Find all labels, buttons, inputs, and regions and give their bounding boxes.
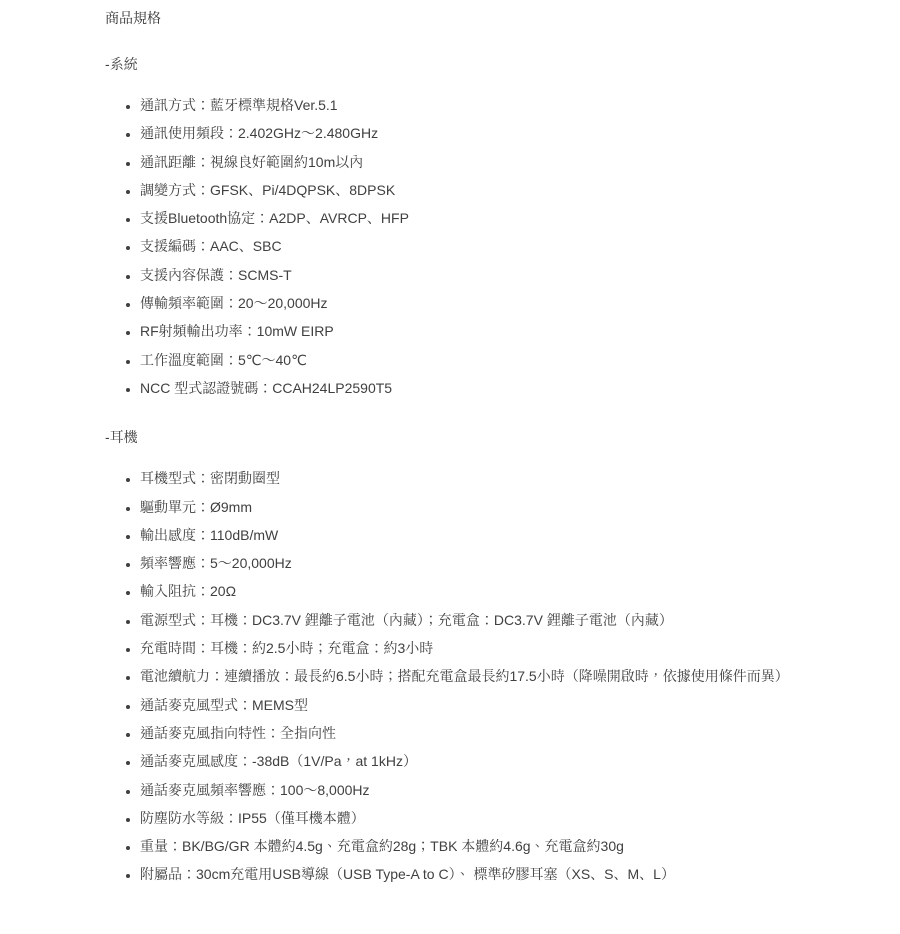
spec-item-earphone-type: 耳機型式：密閉動圈型 — [140, 470, 860, 486]
spec-item-modulation: 調變方式：GFSK、Pi/4DQPSK、8DPSK — [140, 182, 860, 198]
page-title: 商品規格 — [105, 8, 860, 28]
section-title-system: -系統 — [105, 54, 860, 74]
spec-item-comm-method: 通訊方式：藍牙標準規格Ver.5.1 — [140, 97, 860, 113]
spec-item-operating-temperature: 工作溫度範圍：5℃～40℃ — [140, 352, 860, 368]
spec-item-dust-water-rating: 防塵防水等級：IP55（僅耳機本體） — [140, 810, 860, 826]
spec-item-mic-frequency-response: 通話麥克風頻率響應：100～8,000Hz — [140, 782, 860, 798]
product-spec-page: 商品規格 -系統 通訊方式：藍牙標準規格Ver.5.1 通訊使用頻段：2.402… — [0, 0, 900, 934]
spec-item-content-protection: 支援內容保護：SCMS-T — [140, 267, 860, 283]
spec-item-power-type: 電源型式：耳機：DC3.7V 鋰離子電池（內藏）；充電盒：DC3.7V 鋰離子電… — [140, 612, 860, 628]
spec-item-frequency-response: 頻率響應：5～20,000Hz — [140, 555, 860, 571]
spec-list-earphone: 耳機型式：密閉動圈型 驅動單元：Ø9mm 輸出感度：110dB/mW 頻率響應：… — [105, 470, 860, 882]
spec-item-ncc-certification: NCC 型式認證號碼：CCAH24LP2590T5 — [140, 380, 860, 396]
spec-item-input-impedance: 輸入阻抗：20Ω — [140, 583, 860, 599]
spec-item-charging-time: 充電時間：耳機：約2.5小時；充電盒：約3小時 — [140, 640, 860, 656]
section-system: -系統 通訊方式：藍牙標準規格Ver.5.1 通訊使用頻段：2.402GHz～2… — [105, 54, 860, 396]
spec-item-output-sensitivity: 輸出感度：110dB/mW — [140, 527, 860, 543]
spec-item-transmission-range: 傳輸頻率範圍：20～20,000Hz — [140, 295, 860, 311]
spec-item-codecs: 支援編碼：AAC、SBC — [140, 238, 860, 254]
spec-item-accessories: 附屬品：30cm充電用USB導線（USB Type-A to C）、 標準矽膠耳… — [140, 866, 860, 882]
spec-item-mic-type: 通話麥克風型式：MEMS型 — [140, 697, 860, 713]
spec-item-rf-output: RF射頻輸出功率：10mW EIRP — [140, 323, 860, 339]
section-earphone: -耳機 耳機型式：密閉動圈型 驅動單元：Ø9mm 輸出感度：110dB/mW 頻… — [105, 427, 860, 882]
spec-item-weight: 重量：BK/BG/GR 本體約4.5g、充電盒約28g；TBK 本體約4.6g、… — [140, 838, 860, 854]
spec-item-battery-life: 電池續航力：連續播放：最長約6.5小時；搭配充電盒最長約17.5小時（降噪開啟時… — [140, 668, 860, 684]
spec-list-system: 通訊方式：藍牙標準規格Ver.5.1 通訊使用頻段：2.402GHz～2.480… — [105, 97, 860, 396]
spec-item-bluetooth-profiles: 支援Bluetooth協定：A2DP、AVRCP、HFP — [140, 210, 860, 226]
spec-item-comm-distance: 通訊距離：視線良好範圍約10m以內 — [140, 154, 860, 170]
spec-item-mic-sensitivity: 通話麥克風感度：-38dB（1V/Pa，at 1kHz） — [140, 753, 860, 769]
spec-item-comm-frequency-band: 通訊使用頻段：2.402GHz～2.480GHz — [140, 125, 860, 141]
section-title-earphone: -耳機 — [105, 427, 860, 447]
spec-item-driver-unit: 驅動單元：Ø9mm — [140, 499, 860, 515]
spec-item-mic-directivity: 通話麥克風指向特性：全指向性 — [140, 725, 860, 741]
